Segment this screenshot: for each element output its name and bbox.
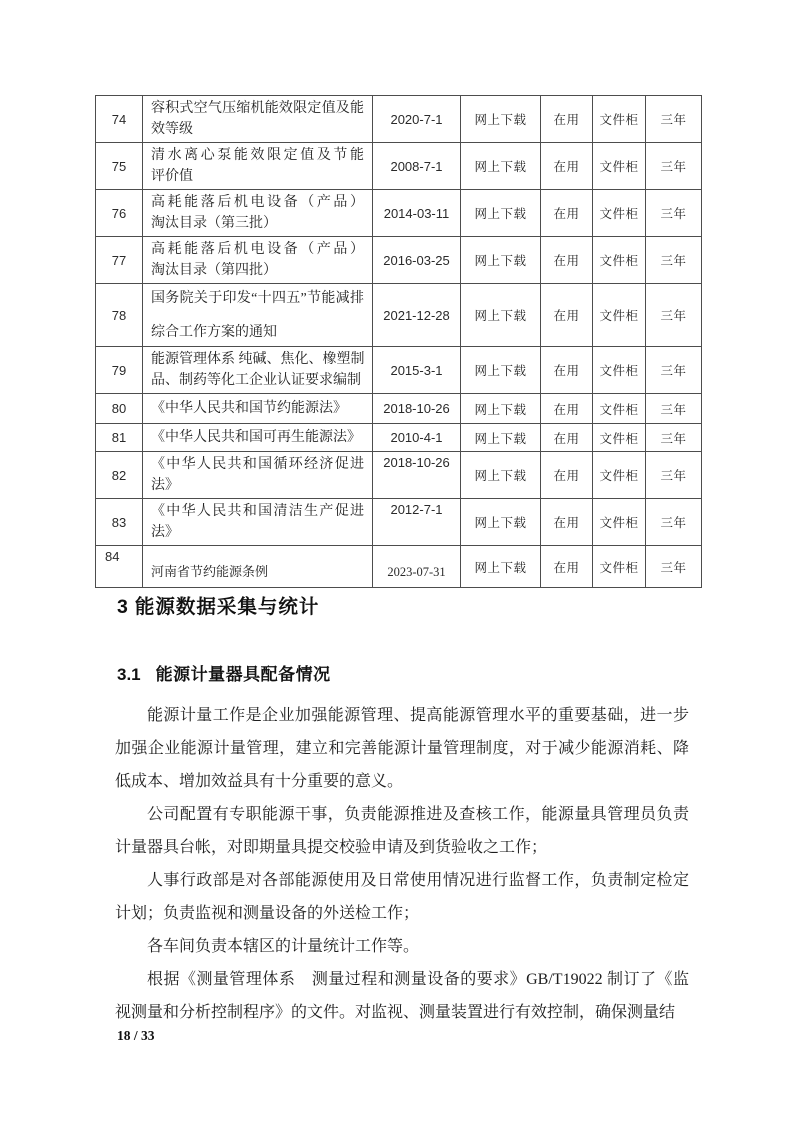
retention-cell: 三年 [646, 347, 702, 394]
table-row: 81《中华人民共和国可再生能源法》2010-4-1网上下载在用文件柜三年 [96, 424, 702, 452]
date-cell: 2023-07-31 [373, 546, 461, 588]
date-cell: 2014-03-11 [373, 190, 461, 237]
doc-name-cell: 《中华人民共和国清洁生产促进法》 [143, 499, 373, 546]
source-cell: 网上下载 [461, 190, 541, 237]
row-number-cell: 76 [96, 190, 143, 237]
location-cell: 文件柜 [593, 499, 646, 546]
doc-name-cell: 河南省节约能源条例 [143, 546, 373, 588]
status-cell: 在用 [541, 96, 593, 143]
doc-name: 《中华人民共和国节约能源法》 [151, 398, 364, 419]
table-row: 74容积式空气压缩机能效限定值及能效等级2020-7-1网上下载在用文件柜三年 [96, 96, 702, 143]
doc-name: 容积式空气压缩机能效限定值及能效等级 [151, 98, 364, 140]
doc-name-cell: 能源管理体系 纯碱、焦化、橡塑制品、制药等化工企业认证要求编制 [143, 347, 373, 394]
status-cell: 在用 [541, 394, 593, 424]
table-row: 79能源管理体系 纯碱、焦化、橡塑制品、制药等化工企业认证要求编制2015-3-… [96, 347, 702, 394]
paragraph: 能源计量工作是企业加强能源管理、提高能源管理水平的重要基础，进一步加强企业能源计… [115, 699, 689, 798]
doc-name: 高耗能落后机电设备（产品）淘汰目录（第四批） [151, 239, 364, 281]
doc-table-body: 74容积式空气压缩机能效限定值及能效等级2020-7-1网上下载在用文件柜三年7… [96, 96, 702, 588]
subsection-title: 能源计量器具配备情况 [156, 665, 331, 684]
doc-name-cell: 高耗能落后机电设备（产品）淘汰目录（第四批） [143, 237, 373, 284]
doc-name-cell: 《中华人民共和国循环经济促进法》 [143, 452, 373, 499]
document-register-table: 74容积式空气压缩机能效限定值及能效等级2020-7-1网上下载在用文件柜三年7… [95, 95, 702, 588]
doc-name-line: 效等级 [151, 119, 364, 140]
doc-name-line: 淘汰目录（第三批） [151, 213, 364, 234]
doc-name: 《中华人民共和国可再生能源法》 [151, 427, 364, 448]
doc-name-line: 《中华人民共和国可再生能源法》 [151, 427, 364, 448]
status-cell: 在用 [541, 499, 593, 546]
date-cell: 2018-10-26 [373, 452, 461, 499]
retention-cell: 三年 [646, 424, 702, 452]
row-number-cell: 75 [96, 143, 143, 190]
retention-cell: 三年 [646, 546, 702, 588]
doc-name-line: 综合工作方案的通知 [151, 322, 364, 343]
location-cell: 文件柜 [593, 237, 646, 284]
row-number-cell: 82 [96, 452, 143, 499]
location-cell: 文件柜 [593, 96, 646, 143]
date-cell: 2015-3-1 [373, 347, 461, 394]
date-cell: 2018-10-26 [373, 394, 461, 424]
source-cell: 网上下载 [461, 143, 541, 190]
date-cell: 2012-7-1 [373, 499, 461, 546]
source-cell: 网上下载 [461, 237, 541, 284]
retention-cell: 三年 [646, 96, 702, 143]
location-cell: 文件柜 [593, 452, 646, 499]
doc-name-line: 《中华人民共和国清洁生产促进 [151, 501, 364, 522]
row-number-cell: 83 [96, 499, 143, 546]
doc-name: 国务院关于印发“十四五”节能减排综合工作方案的通知 [151, 288, 364, 343]
source-cell: 网上下载 [461, 452, 541, 499]
location-cell: 文件柜 [593, 284, 646, 347]
status-cell: 在用 [541, 347, 593, 394]
doc-name: 《中华人民共和国循环经济促进法》 [151, 454, 364, 496]
section-title: 能源数据采集与统计 [135, 596, 320, 618]
doc-name-line: 《中华人民共和国节约能源法》 [151, 398, 364, 419]
doc-name: 河南省节约能源条例 [151, 561, 364, 582]
table-row: 76高耗能落后机电设备（产品）淘汰目录（第三批）2014-03-11网上下载在用… [96, 190, 702, 237]
doc-name-cell: 国务院关于印发“十四五”节能减排综合工作方案的通知 [143, 284, 373, 347]
retention-cell: 三年 [646, 190, 702, 237]
table-row: 75清水离心泵能效限定值及节能评价值2008-7-1网上下载在用文件柜三年 [96, 143, 702, 190]
location-cell: 文件柜 [593, 190, 646, 237]
table-row: 77高耗能落后机电设备（产品）淘汰目录（第四批）2016-03-25网上下载在用… [96, 237, 702, 284]
doc-name-cell: 《中华人民共和国节约能源法》 [143, 394, 373, 424]
doc-name-line: 淘汰目录（第四批） [151, 260, 364, 281]
doc-name-line: 清水离心泵能效限定值及节能 [151, 145, 364, 166]
date-cell: 2020-7-1 [373, 96, 461, 143]
status-cell: 在用 [541, 424, 593, 452]
doc-name-line: 能源管理体系 纯碱、焦化、橡塑制 [151, 349, 364, 370]
doc-name-cell: 清水离心泵能效限定值及节能评价值 [143, 143, 373, 190]
retention-cell: 三年 [646, 499, 702, 546]
source-cell: 网上下载 [461, 284, 541, 347]
retention-cell: 三年 [646, 143, 702, 190]
doc-name-line: 评价值 [151, 166, 364, 187]
date-cell: 2010-4-1 [373, 424, 461, 452]
doc-name-line: 《中华人民共和国循环经济促进 [151, 454, 364, 475]
status-cell: 在用 [541, 237, 593, 284]
page-number: 18 / 33 [117, 1028, 155, 1044]
doc-name-line: 品、制药等化工企业认证要求编制 [151, 370, 364, 391]
source-cell: 网上下载 [461, 499, 541, 546]
location-cell: 文件柜 [593, 424, 646, 452]
doc-name: 高耗能落后机电设备（产品）淘汰目录（第三批） [151, 192, 364, 234]
retention-cell: 三年 [646, 394, 702, 424]
doc-name-line: 高耗能落后机电设备（产品） [151, 239, 364, 260]
table-row: 80《中华人民共和国节约能源法》2018-10-26网上下载在用文件柜三年 [96, 394, 702, 424]
status-cell: 在用 [541, 143, 593, 190]
status-cell: 在用 [541, 452, 593, 499]
source-cell: 网上下载 [461, 394, 541, 424]
location-cell: 文件柜 [593, 347, 646, 394]
paragraph: 人事行政部是对各部能源使用及日常使用情况进行监督工作，负责制定检定计划；负责监视… [115, 864, 689, 930]
paragraph: 公司配置有专职能源干事，负责能源推进及查核工作，能源量具管理员负责计量器具台帐，… [115, 798, 689, 864]
doc-name-line: 国务院关于印发“十四五”节能减排 [151, 288, 364, 309]
doc-name-line: 河南省节约能源条例 [151, 561, 364, 582]
doc-name-line: 高耗能落后机电设备（产品） [151, 192, 364, 213]
table-row: 83《中华人民共和国清洁生产促进法》2012-7-1网上下载在用文件柜三年 [96, 499, 702, 546]
source-cell: 网上下载 [461, 424, 541, 452]
status-cell: 在用 [541, 284, 593, 347]
body-paragraphs: 能源计量工作是企业加强能源管理、提高能源管理水平的重要基础，进一步加强企业能源计… [115, 699, 689, 1029]
section-heading: 3能源数据采集与统计 [117, 591, 319, 619]
doc-name-line: 法》 [151, 475, 364, 496]
retention-cell: 三年 [646, 284, 702, 347]
source-cell: 网上下载 [461, 96, 541, 143]
row-number-cell: 79 [96, 347, 143, 394]
retention-cell: 三年 [646, 452, 702, 499]
location-cell: 文件柜 [593, 143, 646, 190]
table-row: 84河南省节约能源条例2023-07-31网上下载在用文件柜三年 [96, 546, 702, 588]
paragraph: 各车间负责本辖区的计量统计工作等。 [115, 930, 689, 963]
section-number: 3 [117, 596, 128, 618]
row-number-cell: 78 [96, 284, 143, 347]
date-cell: 2021-12-28 [373, 284, 461, 347]
row-number-cell: 80 [96, 394, 143, 424]
subsection-heading: 3.1能源计量器具配备情况 [117, 660, 331, 685]
location-cell: 文件柜 [593, 394, 646, 424]
doc-name-line: 法》 [151, 522, 364, 543]
doc-name-cell: 《中华人民共和国可再生能源法》 [143, 424, 373, 452]
doc-name-cell: 容积式空气压缩机能效限定值及能效等级 [143, 96, 373, 143]
doc-name-line: 容积式空气压缩机能效限定值及能 [151, 98, 364, 119]
row-number-cell: 77 [96, 237, 143, 284]
paragraph: 根据《测量管理体系 测量过程和测量设备的要求》GB/T19022 制订了《监视测… [115, 963, 689, 1029]
table-row: 78国务院关于印发“十四五”节能减排综合工作方案的通知2021-12-28网上下… [96, 284, 702, 347]
retention-cell: 三年 [646, 237, 702, 284]
location-cell: 文件柜 [593, 546, 646, 588]
source-cell: 网上下载 [461, 546, 541, 588]
status-cell: 在用 [541, 546, 593, 588]
date-cell: 2016-03-25 [373, 237, 461, 284]
source-cell: 网上下载 [461, 347, 541, 394]
row-number-cell: 84 [96, 546, 143, 588]
doc-name: 清水离心泵能效限定值及节能评价值 [151, 145, 364, 187]
date-cell: 2008-7-1 [373, 143, 461, 190]
subsection-number: 3.1 [117, 665, 141, 684]
doc-name-cell: 高耗能落后机电设备（产品）淘汰目录（第三批） [143, 190, 373, 237]
table-row: 82《中华人民共和国循环经济促进法》2018-10-26网上下载在用文件柜三年 [96, 452, 702, 499]
row-number-cell: 81 [96, 424, 143, 452]
status-cell: 在用 [541, 190, 593, 237]
doc-name: 《中华人民共和国清洁生产促进法》 [151, 501, 364, 543]
row-number-cell: 74 [96, 96, 143, 143]
doc-name: 能源管理体系 纯碱、焦化、橡塑制品、制药等化工企业认证要求编制 [151, 349, 364, 391]
